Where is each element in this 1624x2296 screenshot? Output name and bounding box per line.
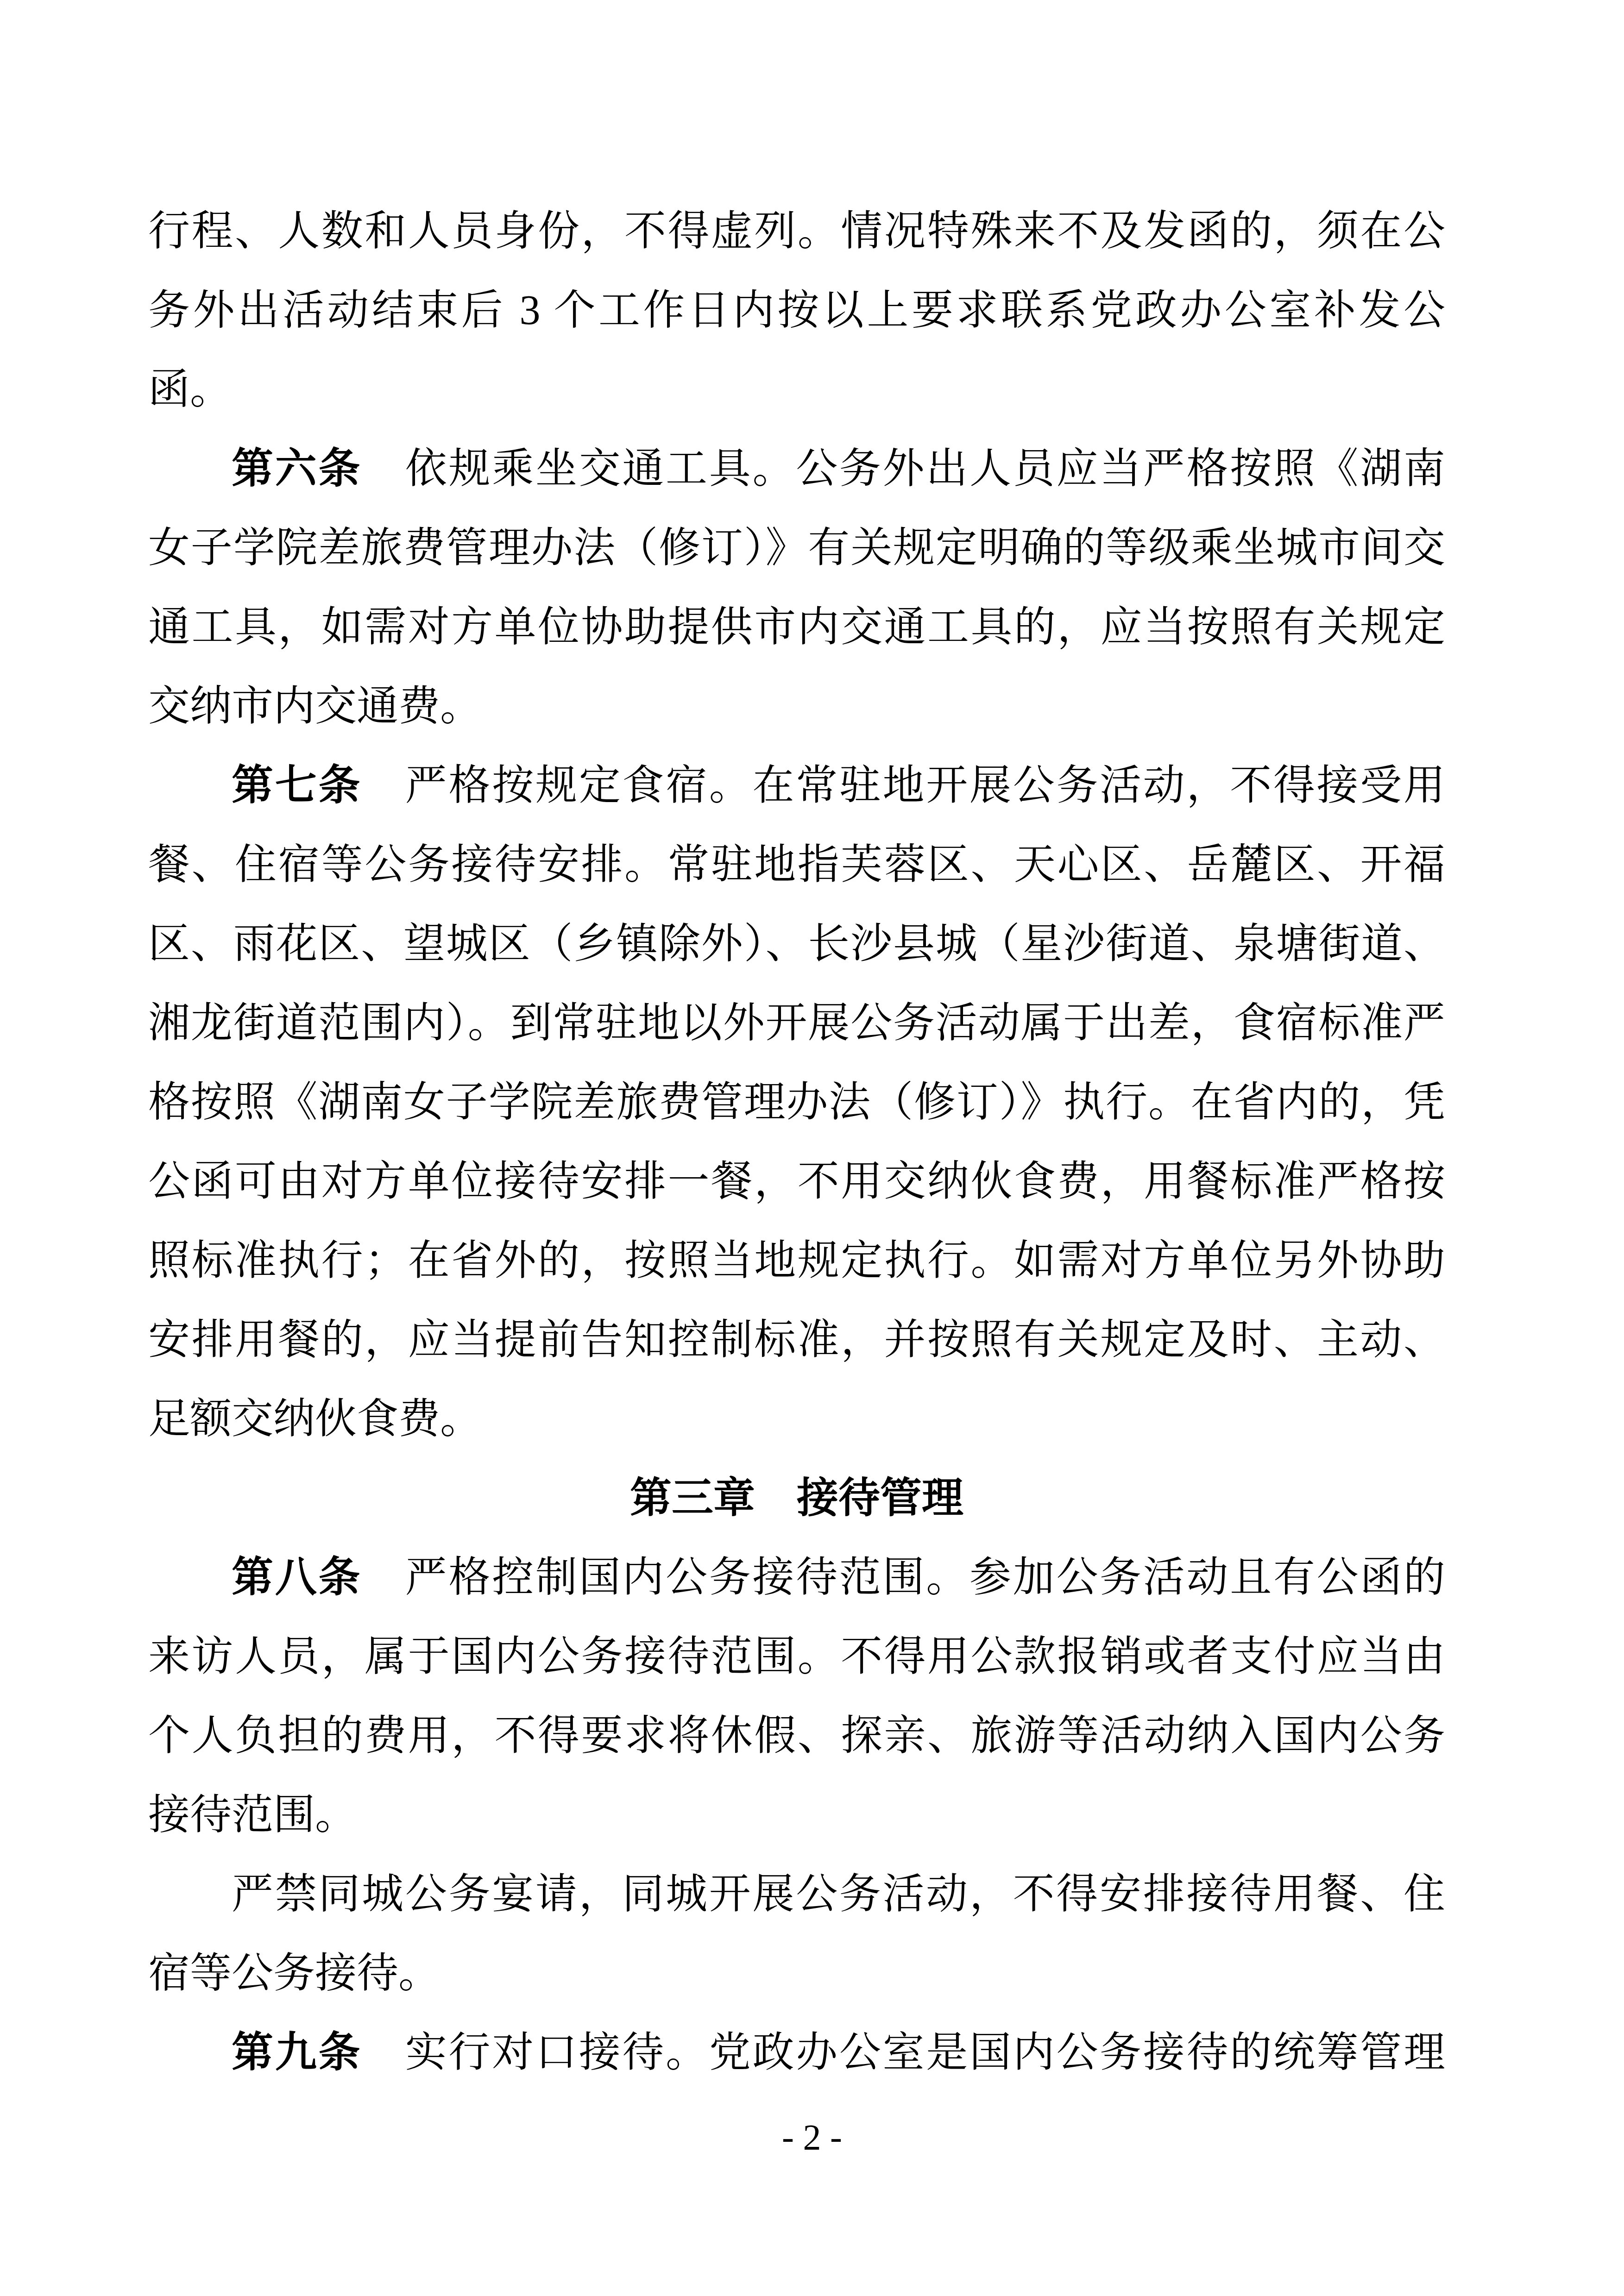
document-body: 行程、人数和人员身份，不得虚列。情况特殊来不及发函的，须在公务外出活动结束后 3… xyxy=(148,192,1445,2092)
text-line: 湘龙街道范围内）。到常驻地以外开展公务活动属于出差，食宿标准严 xyxy=(148,984,1445,1063)
text-line: 交纳市内交通费。 xyxy=(148,667,1445,746)
text-line: 女子学院差旅费管理办法（修订）》有关规定明确的等级乘坐城市间交 xyxy=(148,508,1445,588)
text-line: 格按照《湖南女子学院差旅费管理办法（修订）》执行。在省内的，凭 xyxy=(148,1063,1445,1142)
page-number: - 2 - xyxy=(0,2112,1624,2163)
text-line: 接待范围。 xyxy=(148,1775,1445,1855)
article-number: 第六条 xyxy=(232,446,362,492)
article-number: 第九条 xyxy=(232,2030,362,2076)
article-line: 第七条 严格按规定食宿。在常驻地开展公务活动，不得接受用 xyxy=(148,746,1445,825)
text-line: 安排用餐的，应当提前告知控制标准，并按照有关规定及时、主动、 xyxy=(148,1300,1445,1380)
text-line: 个人负担的费用，不得要求将休假、探亲、旅游等活动纳入国内公务 xyxy=(148,1696,1445,1775)
text-line: 区、雨花区、望城区（乡镇除外）、长沙县城（星沙街道、泉塘街道、 xyxy=(148,904,1445,984)
text-line: 公函可由对方单位接待安排一餐，不用交纳伙食费，用餐标准严格按 xyxy=(148,1142,1445,1221)
text-line: 餐、住宿等公务接待安排。常驻地指芙蓉区、天心区、岳麓区、开福 xyxy=(148,825,1445,904)
article-line: 第九条 实行对口接待。党政办公室是国内公务接待的统筹管理 xyxy=(148,2013,1445,2092)
text-line: 宿等公务接待。 xyxy=(148,1934,1445,2013)
article-number: 第八条 xyxy=(232,1555,362,1600)
article-line: 第八条 严格控制国内公务接待范围。参加公务活动且有公函的 xyxy=(148,1538,1445,1617)
text-line: 通工具，如需对方单位协助提供市内交通工具的，应当按照有关规定 xyxy=(148,588,1445,667)
text-line: 务外出活动结束后 3 个工作日内按以上要求联系党政办公室补发公 xyxy=(148,271,1445,350)
article-line: 第六条 依规乘坐交通工具。公务外出人员应当严格按照《湖南 xyxy=(148,429,1445,508)
document-page: 行程、人数和人员身份，不得虚列。情况特殊来不及发函的，须在公务外出活动结束后 3… xyxy=(0,0,1624,2296)
chapter-heading: 第三章 接待管理 xyxy=(148,1459,1445,1538)
text-line: 函。 xyxy=(148,350,1445,429)
text-line: 照标准执行；在省外的，按照当地规定执行。如需对方单位另外协助 xyxy=(148,1221,1445,1300)
text-line: 足额交纳伙食费。 xyxy=(148,1380,1445,1459)
text-line: 行程、人数和人员身份，不得虚列。情况特殊来不及发函的，须在公 xyxy=(148,192,1445,271)
article-number: 第七条 xyxy=(232,763,362,809)
text-line: 来访人员，属于国内公务接待范围。不得用公款报销或者支付应当由 xyxy=(148,1617,1445,1696)
text-line: 严禁同城公务宴请，同城开展公务活动，不得安排接待用餐、住 xyxy=(148,1855,1445,1934)
